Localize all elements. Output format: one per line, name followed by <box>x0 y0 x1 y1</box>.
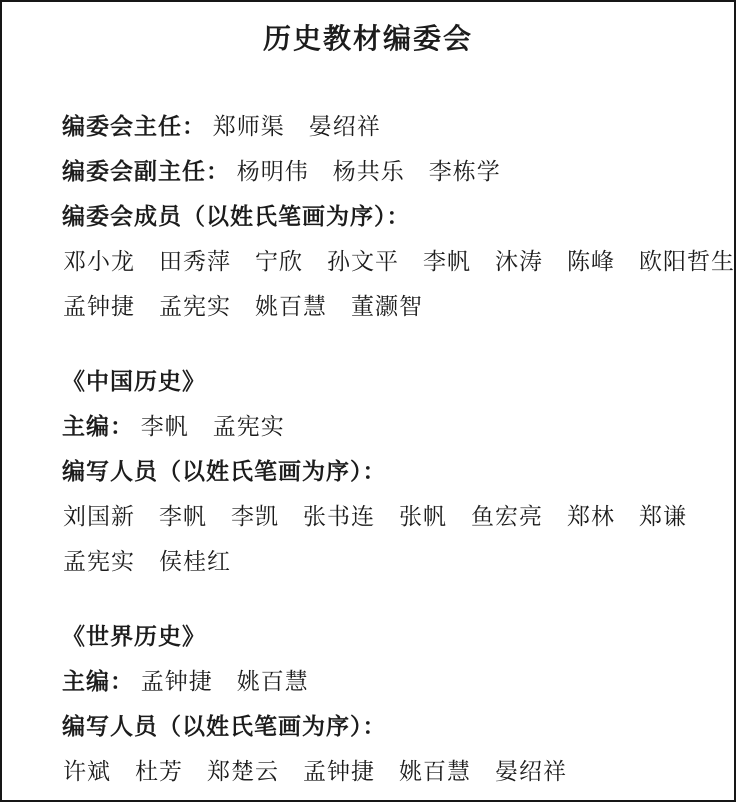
world-history-editor-names: 孟钟捷 姚百慧 <box>134 669 309 694</box>
document-body: 编委会主任：郑师渠 晏绍祥 编委会副主任：杨明伟 杨共乐 李栋学 编委会成员（以… <box>2 58 734 794</box>
world-history-book-title: 《世界历史》 <box>62 624 206 649</box>
chinese-history-writers-names-1: 刘国新 李帆 李凯 张书连 张帆 鱼宏亮 郑林 郑谦 <box>56 504 687 529</box>
committee-director-label: 编委会主任： <box>62 114 206 139</box>
section-chinese-history: 《中国历史》 主编：李帆 孟宪实 编写人员（以姓氏笔画为序）： 刘国新 李帆 李… <box>62 359 704 584</box>
section-divider-gap <box>62 584 704 614</box>
committee-members-row-2: 孟钟捷 孟宪实 姚百慧 董灏智 <box>62 284 704 329</box>
committee-director-row: 编委会主任：郑师渠 晏绍祥 <box>62 104 704 149</box>
section-committee: 编委会主任：郑师渠 晏绍祥 编委会副主任：杨明伟 杨共乐 李栋学 编委会成员（以… <box>62 104 704 329</box>
world-history-writers-names-1: 许斌 杜芳 郑楚云 孟钟捷 姚百慧 晏绍祥 <box>56 759 567 784</box>
committee-deputy-label: 编委会副主任： <box>62 159 230 184</box>
chinese-history-editor-row: 主编：李帆 孟宪实 <box>62 404 704 449</box>
world-history-book-title-row: 《世界历史》 <box>62 614 704 659</box>
world-history-writers-label: 编写人员（以姓氏笔画为序）： <box>62 714 387 739</box>
world-history-editor-row: 主编：孟钟捷 姚百慧 <box>62 659 704 704</box>
chinese-history-editor-names: 李帆 孟宪实 <box>134 414 285 439</box>
chinese-history-writers-label: 编写人员（以姓氏笔画为序）： <box>62 459 387 484</box>
chinese-history-writers-heading: 编写人员（以姓氏笔画为序）： <box>62 449 704 494</box>
world-history-writers-heading: 编写人员（以姓氏笔画为序）： <box>62 704 704 749</box>
chinese-history-book-title: 《中国历史》 <box>62 369 206 394</box>
committee-deputy-row: 编委会副主任：杨明伟 杨共乐 李栋学 <box>62 149 704 194</box>
committee-members-row-1: 邓小龙 田秀萍 宁欣 孙文平 李帆 沐涛 陈峰 欧阳哲生 <box>62 239 704 284</box>
committee-members-label: 编委会成员（以姓氏笔画为序）： <box>62 204 411 229</box>
world-history-writers-row-1: 许斌 杜芳 郑楚云 孟钟捷 姚百慧 晏绍祥 <box>62 749 704 794</box>
committee-members-names-1: 邓小龙 田秀萍 宁欣 孙文平 李帆 沐涛 陈峰 欧阳哲生 <box>56 249 735 274</box>
chinese-history-writers-row-1: 刘国新 李帆 李凯 张书连 张帆 鱼宏亮 郑林 郑谦 <box>62 494 704 539</box>
chinese-history-book-title-row: 《中国历史》 <box>62 359 704 404</box>
section-world-history: 《世界历史》 主编：孟钟捷 姚百慧 编写人员（以姓氏笔画为序）： 许斌 杜芳 郑… <box>62 614 704 794</box>
committee-members-heading: 编委会成员（以姓氏笔画为序）： <box>62 194 704 239</box>
committee-deputy-names: 杨明伟 杨共乐 李栋学 <box>230 159 501 184</box>
committee-director-names: 郑师渠 晏绍祥 <box>206 114 381 139</box>
chinese-history-writers-row-2: 孟宪实 侯桂红 <box>62 539 704 584</box>
section-divider-gap <box>62 329 704 359</box>
chinese-history-writers-names-2: 孟宪实 侯桂红 <box>56 549 231 574</box>
committee-members-names-2: 孟钟捷 孟宪实 姚百慧 董灏智 <box>56 294 423 319</box>
page-title: 历史教材编委会 <box>2 22 734 58</box>
world-history-editor-label: 主编： <box>62 669 134 694</box>
document-page: 历史教材编委会 编委会主任：郑师渠 晏绍祥 编委会副主任：杨明伟 杨共乐 李栋学… <box>0 0 736 802</box>
chinese-history-editor-label: 主编： <box>62 414 134 439</box>
